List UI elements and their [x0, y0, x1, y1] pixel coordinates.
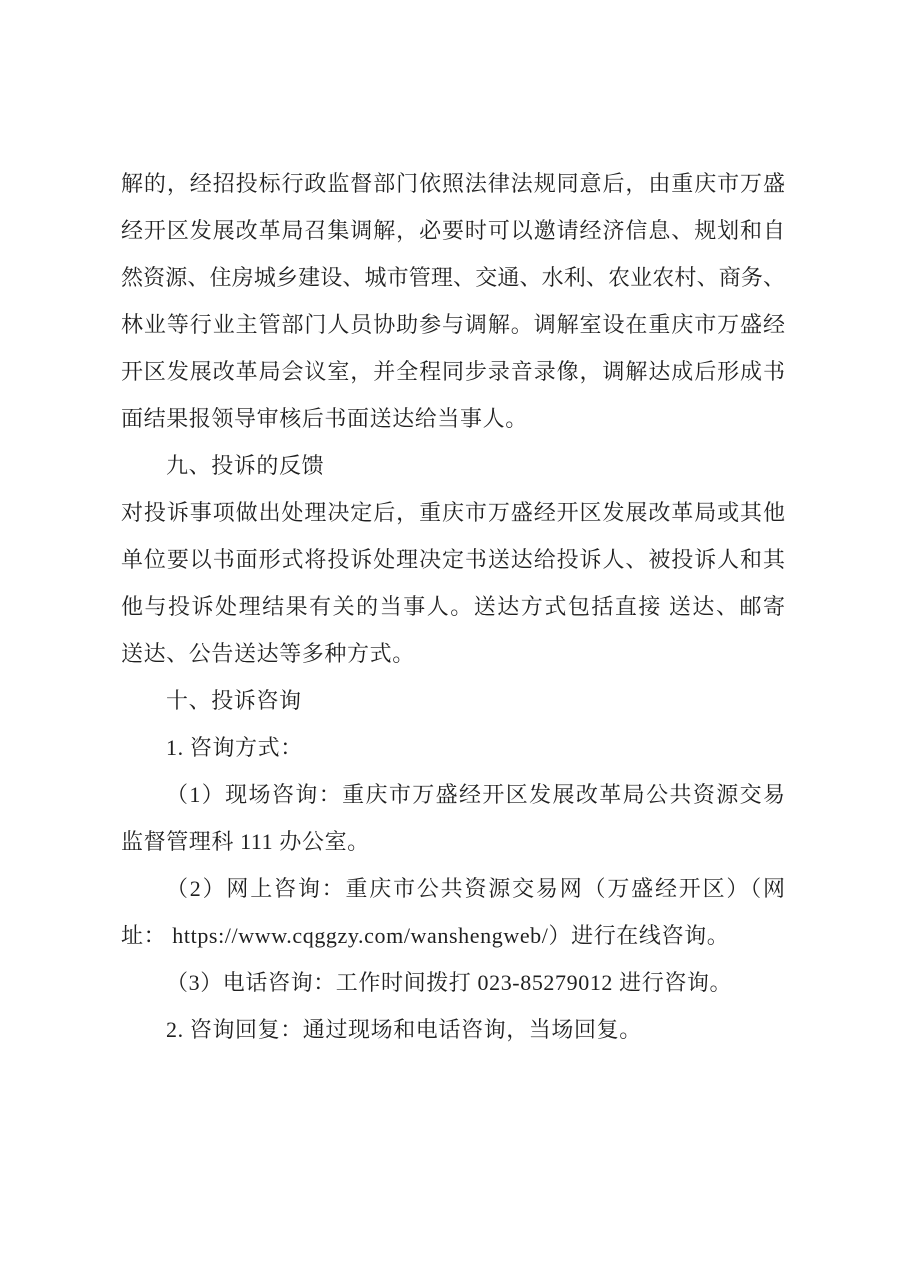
list-item-onsite-consult: （1）现场咨询：重庆市万盛经开区发展改革局公共资源交易	[121, 771, 785, 818]
paragraph-line: 经开区发展改革局召集调解，必要时可以邀请经济信息、规划和自	[121, 207, 785, 254]
paragraph-line: 送达、公告送达等多种方式。	[121, 630, 785, 677]
list-item-online-consult: （2）网上咨询：重庆市公共资源交易网（万盛经开区）（网	[121, 865, 785, 912]
paragraph-line: 解的，经招投标行政监督部门依照法律法规同意后，由重庆市万盛	[121, 160, 785, 207]
paragraph-line: 然资源、住房城乡建设、城市管理、交通、水利、农业农村、商务、	[121, 254, 785, 301]
paragraph-line: 面结果报领导审核后书面送达给当事人。	[121, 395, 785, 442]
list-item-onsite-consult-cont: 监督管理科 111 办公室。	[121, 818, 785, 865]
document-page: 解的，经招投标行政监督部门依照法律法规同意后，由重庆市万盛 经开区发展改革局召集…	[0, 0, 900, 1274]
paragraph-line: 开区发展改革局会议室，并全程同步录音录像，调解达成后形成书	[121, 348, 785, 395]
paragraph-line: 林业等行业主管部门人员协助参与调解。调解室设在重庆市万盛经	[121, 301, 785, 348]
paragraph-line: 对投诉事项做出处理决定后，重庆市万盛经开区发展改革局或其他	[121, 489, 785, 536]
list-item-consult-reply: 2. 咨询回复：通过现场和电话咨询，当场回复。	[121, 1006, 785, 1053]
section-heading-ten: 十、投诉咨询	[121, 677, 785, 724]
consult-url-line: 址： https://www.cqggzy.com/wanshengweb/）进…	[121, 912, 785, 959]
list-item-phone-consult: （3）电话咨询：工作时间拨打 023-85279012 进行咨询。	[121, 959, 785, 1006]
list-item-consult-methods: 1. 咨询方式：	[121, 724, 785, 771]
section-heading-nine: 九、投诉的反馈	[121, 442, 785, 489]
paragraph-line: 他与投诉处理结果有关的当事人。送达方式包括直接 送达、邮寄	[121, 583, 785, 630]
paragraph-line: 单位要以书面形式将投诉处理决定书送达给投诉人、被投诉人和其	[121, 536, 785, 583]
